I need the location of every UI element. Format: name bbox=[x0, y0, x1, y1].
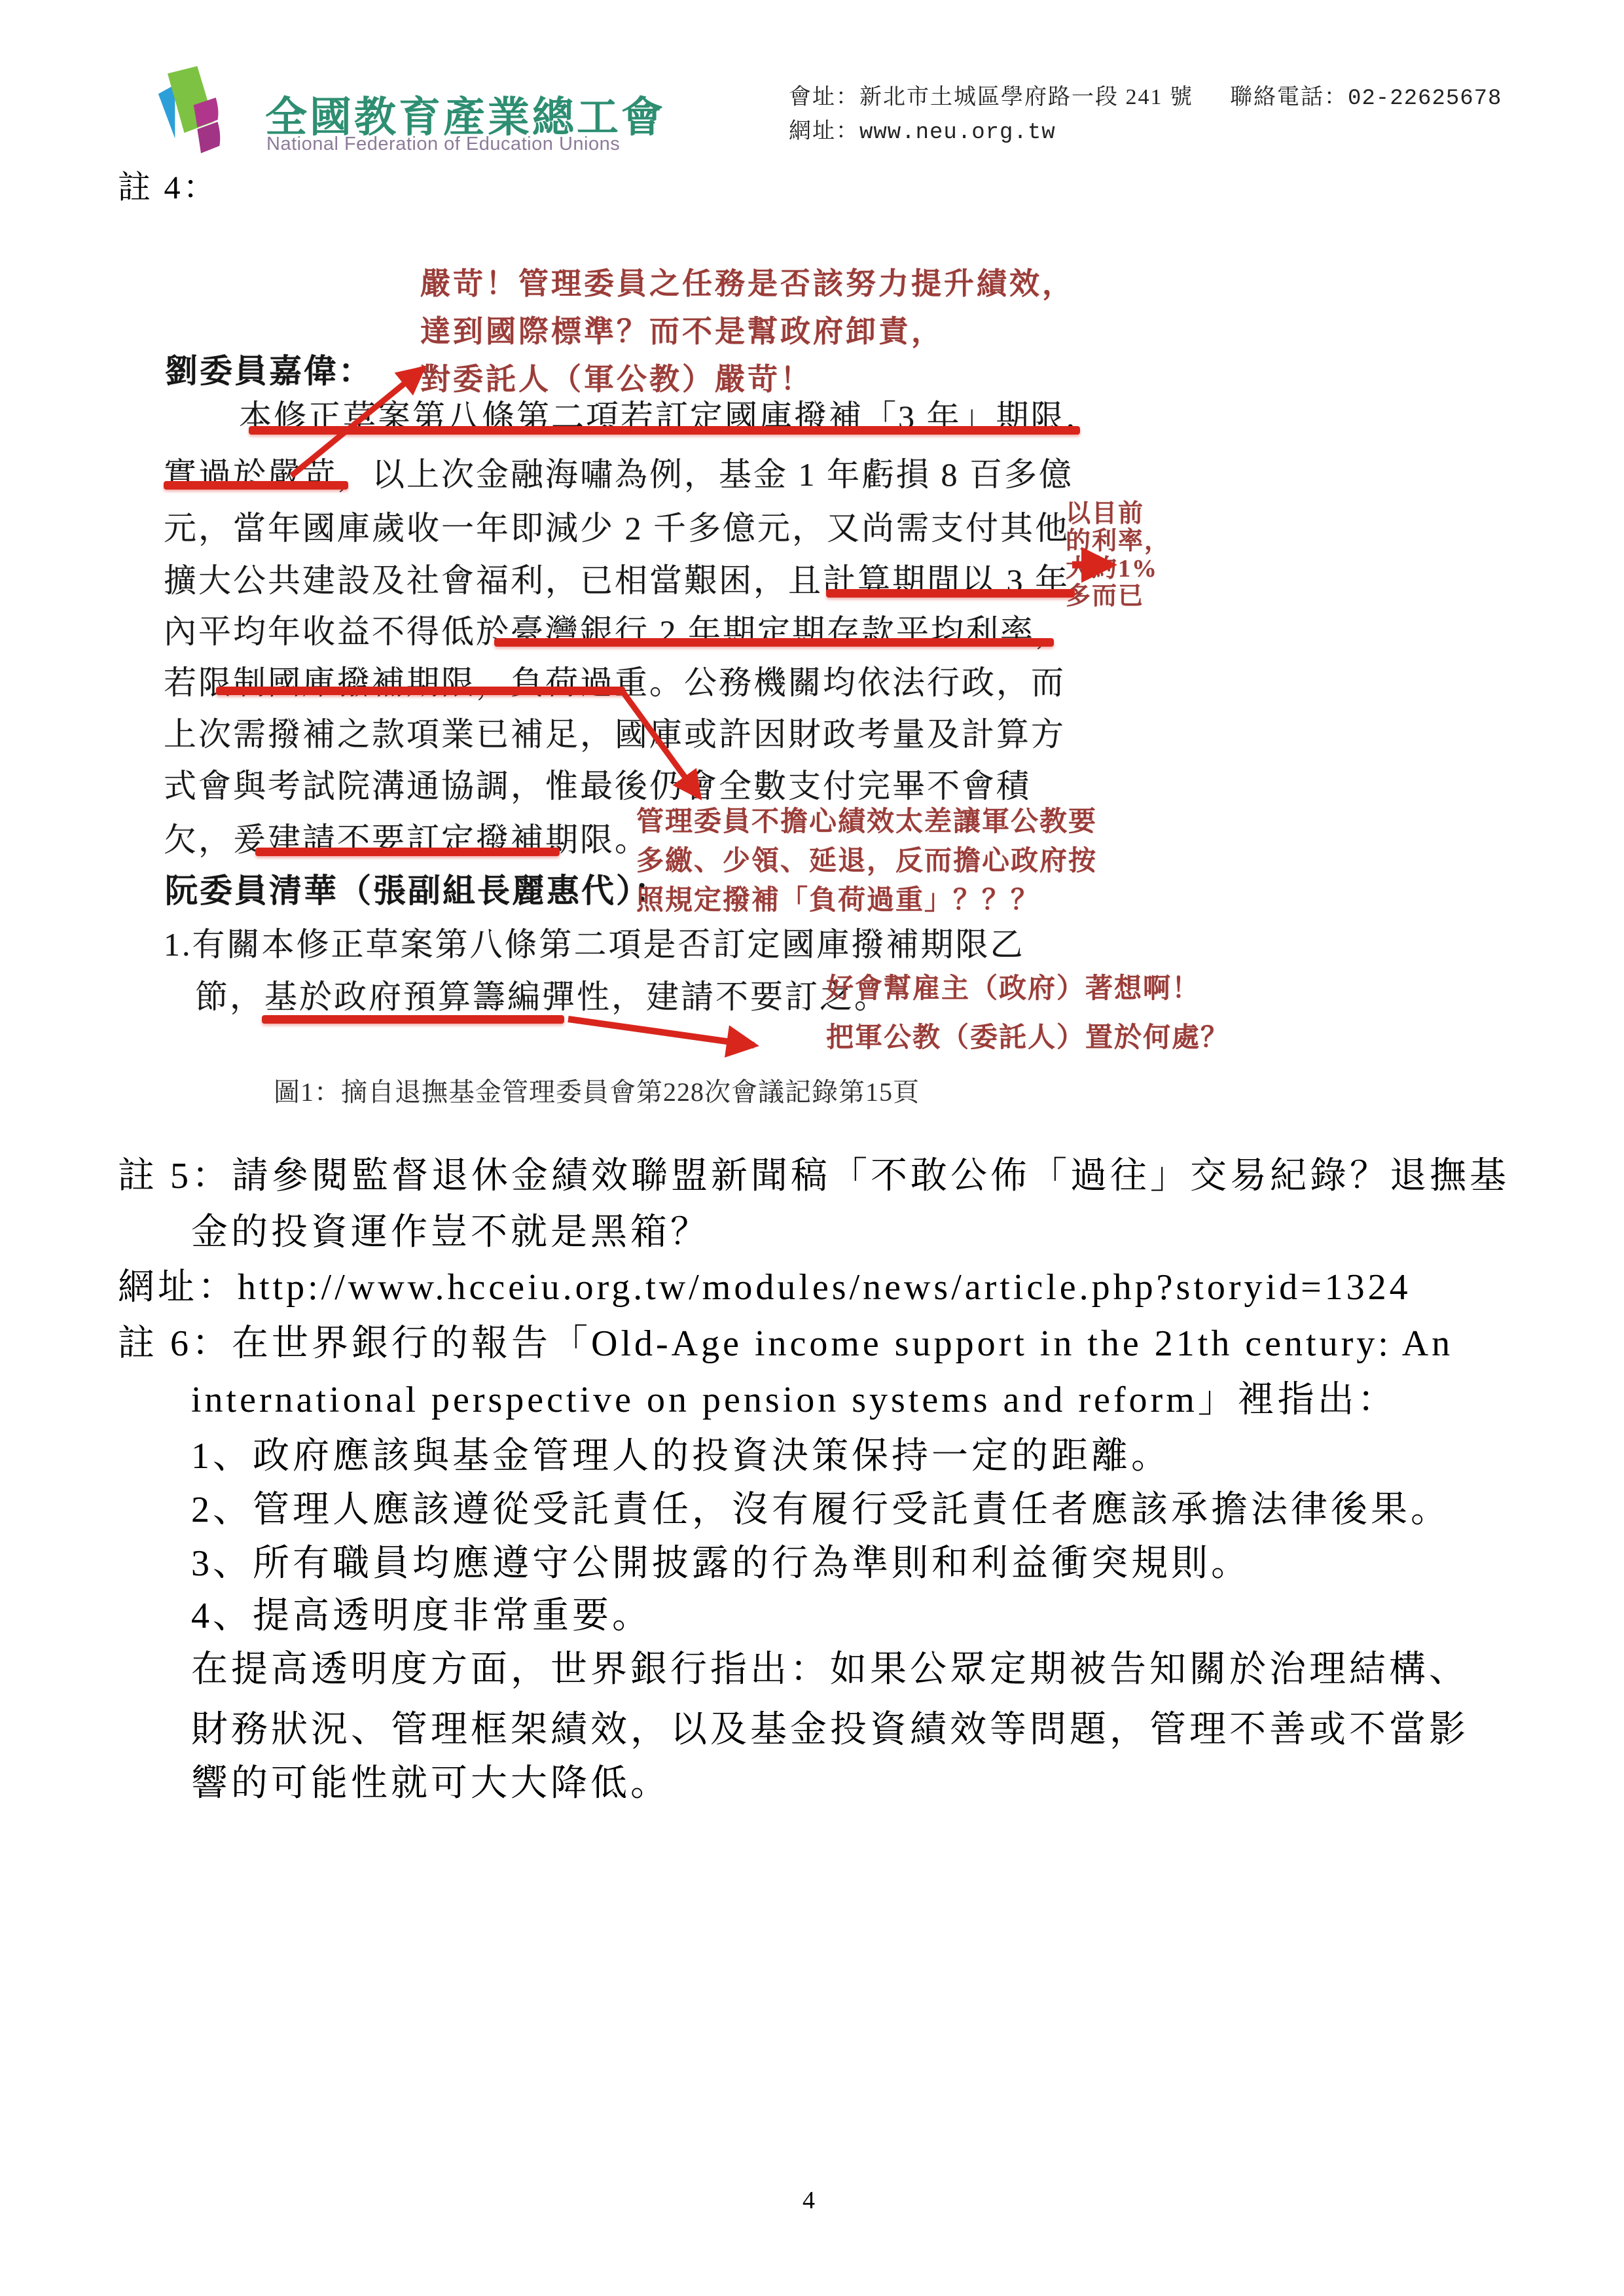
red-underline bbox=[494, 638, 1054, 647]
document-page: { "header": { "logo": { "title_zh": "全國教… bbox=[0, 0, 1624, 2296]
speaker-liu: 劉委員嘉偉： bbox=[165, 345, 373, 392]
note6-line: 響的可能性就可大大降低。 bbox=[191, 1754, 670, 1806]
org-title-en: National Federation of Education Unions bbox=[266, 134, 620, 155]
note6-line: 4、提高透明度非常重要。 bbox=[191, 1587, 652, 1639]
red-underline bbox=[249, 426, 1080, 435]
page-number: 4 bbox=[803, 2186, 815, 2215]
note6-line: 2、管理人應該遵從受託責任，沒有履行受託責任者應該承擔法律後果。 bbox=[191, 1480, 1451, 1533]
figure-caption: 圖1：摘自退撫基金管理委員會第228次會議記錄第15頁 bbox=[274, 1071, 920, 1109]
annotation-mid-line: 照規定撥補「負荷過重」？？？ bbox=[636, 878, 1039, 918]
figure-scan: 嚴苛！管理委員之任務是否該努力提升績效， 達到國際標準？而不是幫政府卸責， 對委… bbox=[164, 232, 1316, 1136]
web-label: 網址： bbox=[789, 119, 859, 143]
arrow-right-to-bottom-note-icon bbox=[568, 1019, 754, 1045]
annotation-bottom-line: 好會幫雇主（政府）著想啊！ bbox=[826, 967, 1200, 1006]
annotation-top-line: 達到國際標準？而不是幫政府卸責， bbox=[420, 308, 944, 351]
red-underline bbox=[826, 589, 1075, 598]
note4-label: 註 4： bbox=[118, 161, 219, 208]
body-line: 若限制國庫撥補期限，負荷過重。公務機關均依法行政，而 bbox=[164, 656, 1066, 704]
note6-line: 財務狀況、管理框架績效，以及基金投資績效等問題，管理不善或不當影 bbox=[191, 1700, 1469, 1753]
phone-label: 聯絡電話： bbox=[1230, 85, 1348, 109]
body-line: 節，基於政府預算籌編彈性，建請不要訂之。 bbox=[195, 971, 889, 1018]
annotation-side-line: 多而已 bbox=[1066, 575, 1144, 611]
contact-line-2: 網址：www.neu.org.tw bbox=[789, 113, 1056, 145]
address-label: 會址： bbox=[789, 85, 859, 109]
annotation-mid-line: 管理委員不擔心績效太差讓軍公教要 bbox=[636, 800, 1097, 839]
red-underline bbox=[255, 848, 560, 856]
note6-line: international perspective on pension sys… bbox=[191, 1371, 1398, 1423]
org-logo-mark-icon bbox=[145, 64, 257, 157]
note6-line: 1、政府應該與基金管理人的投資決策保持一定的距離。 bbox=[191, 1427, 1171, 1479]
address-value: 新北市土城區學府路一段 241 號 bbox=[859, 85, 1193, 109]
annotation-bottom-line: 把軍公教（委託人）置於何處？ bbox=[826, 1016, 1229, 1055]
note6-line: 在提高透明度方面，世界銀行指出：如果公眾定期被告知關於治理結構、 bbox=[191, 1640, 1469, 1693]
red-underline bbox=[164, 481, 348, 490]
phone-value: 02-22625678 bbox=[1348, 86, 1502, 111]
red-underline bbox=[262, 1015, 564, 1024]
web-value: www.neu.org.tw bbox=[859, 120, 1056, 145]
contact-line-1: 會址：新北市土城區學府路一段 241 號聯絡電話：02-22625678 bbox=[789, 79, 1502, 111]
note5-line-url: 網址：http://www.hcceiu.org.tw/modules/news… bbox=[118, 1258, 1411, 1310]
note6-line: 註 6：在世界銀行的報告「Old-Age income support in t… bbox=[118, 1314, 1453, 1367]
annotation-mid-line: 多繳、少領、延退，反而擔心政府按 bbox=[636, 839, 1097, 878]
note5-line: 金的投資運作豈不就是黑箱？ bbox=[191, 1203, 710, 1255]
body-line: 元，當年國庫歲收一年即減少 2 千多億元，又尚需支付其他 bbox=[164, 502, 1070, 549]
note6-line: 3、所有職員均應遵守公開披露的行為準則和利益衝突規則。 bbox=[191, 1534, 1251, 1587]
body-line: 1.有關本修正草案第八條第二項是否訂定國庫撥補期限乙 bbox=[164, 918, 1025, 965]
speaker-ruan: 阮委員清華（張副組長麗惠代）： bbox=[165, 865, 669, 912]
annotation-top-line: 嚴苛！管理委員之任務是否該努力提升績效， bbox=[420, 260, 1075, 303]
body-line: 上次需撥補之款項業已補足，國庫或許因財政考量及計算方 bbox=[164, 708, 1066, 755]
red-underline bbox=[216, 687, 625, 695]
note5-line: 註 5：請參閱監督退休金績效聯盟新聞稿「不敢公佈「過往」交易紀錄？退撫基 bbox=[118, 1147, 1509, 1199]
